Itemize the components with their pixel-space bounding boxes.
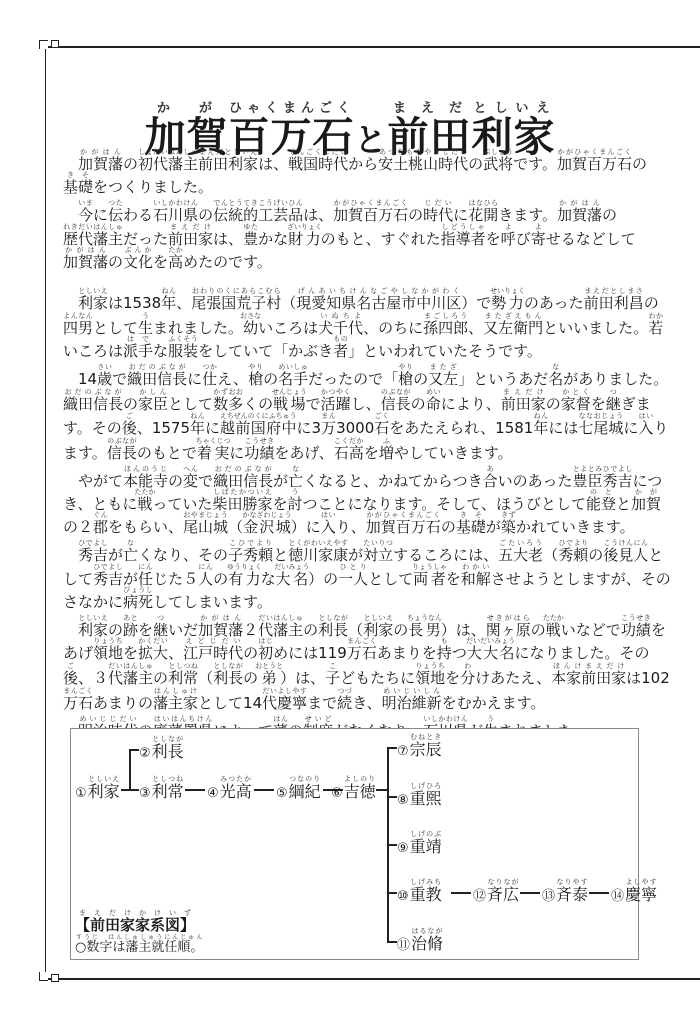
tree-connector	[254, 789, 274, 791]
paragraph: 利家としいえの跡あとを継ついだ加賀藩かがはん２代藩主だいはんしゅの利長としなが（…	[63, 614, 675, 715]
paragraph: 加賀藩かがはんの初代藩主しょだいはんしゅ前田利家まえだとしいえは、戦国時代せんご…	[63, 148, 675, 199]
tree-connector	[129, 749, 139, 751]
frame-corner-ornament	[51, 40, 59, 48]
tree-connector	[451, 892, 471, 894]
tree-connector	[185, 789, 205, 791]
frame-corner-ornament	[39, 972, 48, 981]
lord-node: ⑥吉徳よしのり	[331, 775, 376, 800]
paragraph: 利家としいえは1538年ねん、尾張国荒子村おわりのくにあらこむら（現愛知県名古屋…	[63, 287, 675, 363]
lord-node: ⑪治脩はるなが	[397, 927, 443, 952]
frame-corner-ornament	[39, 40, 48, 49]
lord-node: ⑩重教しげみち	[397, 878, 442, 903]
paragraph: 今いまに伝つたわる石川県いしかわけんの伝統的工芸品でんとうてきこうげいひんは、加…	[63, 199, 675, 274]
tree-connector	[387, 796, 397, 798]
frame-corner-ornament	[51, 974, 59, 982]
lord-node: ②利長としなが	[139, 735, 184, 760]
lord-node: ⑦宗辰むねとき	[397, 733, 442, 758]
tree-connector	[520, 892, 540, 894]
lord-node: ⑭慶寧よしやす	[611, 878, 657, 903]
tree-connector	[129, 749, 131, 790]
lord-node: ⑤綱紀つなのり	[276, 775, 321, 800]
tree-connector	[387, 892, 397, 894]
lord-node: ③利常としつね	[139, 775, 184, 800]
tree-connector	[387, 941, 397, 943]
paragraph: 秀吉ひでよしが亡なくなり、その子秀頼こひでよりと徳川家康とくがわいえやすが対立た…	[63, 539, 675, 614]
family-tree-title: 【前田家家系図】まえだけかけいず	[75, 909, 195, 935]
paragraph: 14歳さいで織田信長おだのぶながに仕つかえ、槍やりの名手めいしゅだったので「槍や…	[63, 363, 675, 464]
tree-connector	[387, 844, 397, 846]
lord-node: ⑨重靖しげのぶ	[397, 830, 442, 855]
tree-connector	[129, 789, 139, 791]
tree-connector	[589, 892, 609, 894]
tree-connector	[387, 747, 397, 749]
family-tree-diagram: ①利家としいえ ②利長としなが ③利常としつね ④光高みつたか ⑤綱紀つなのり …	[70, 728, 639, 960]
lord-node: ⑧重煕しげひろ	[397, 782, 442, 807]
article-body: 加賀藩かがはんの初代藩主しょだいはんしゅ前田利家まえだとしいえは、戦国時代せんご…	[63, 148, 675, 744]
lord-node: ①利家としいえ	[75, 775, 120, 800]
family-tree-note: ○数字は藩主就任順。すうじ はんしゅしゅうにんじゅん	[75, 934, 203, 955]
lord-node: ⑫斉広なりなが	[473, 878, 519, 903]
lord-node: ④光高みつたか	[207, 775, 252, 800]
paragraph: やがて本能寺ほんのうじの変へんで織田信長おだのぶながが亡なくなると、かねてからつ…	[63, 465, 675, 540]
lord-node: ⑬斉泰なりやす	[542, 878, 588, 903]
